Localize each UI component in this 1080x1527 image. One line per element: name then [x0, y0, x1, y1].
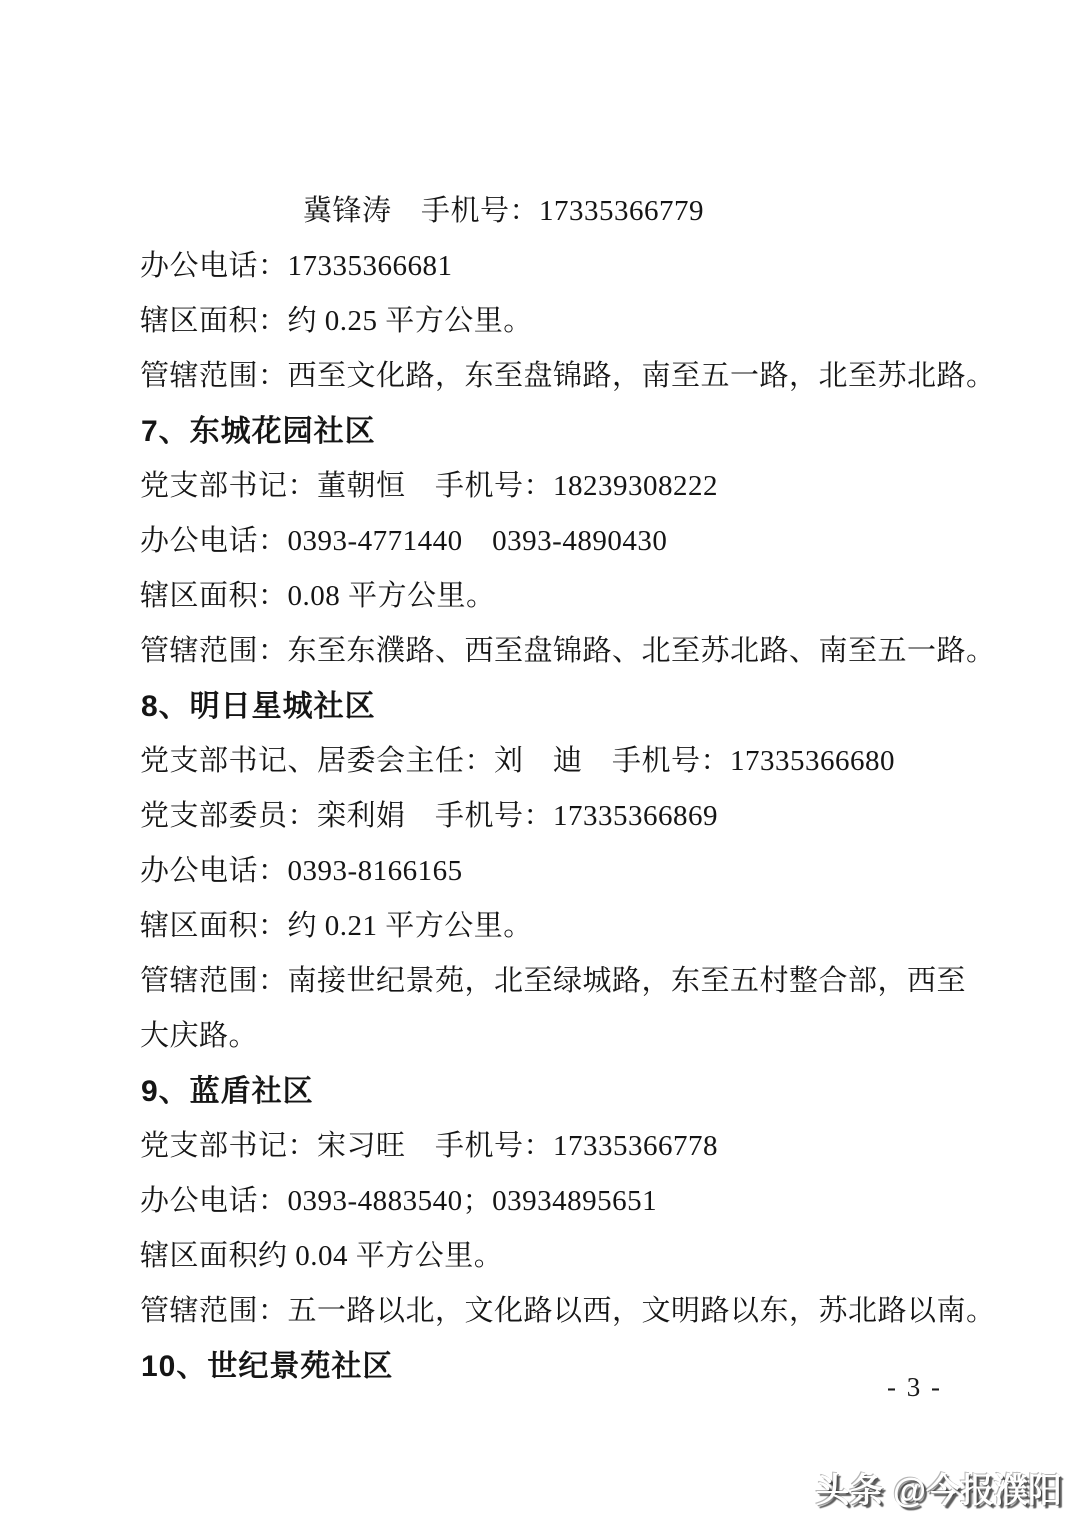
- doc-line-committee-member: 党支部委员：栾利娟 手机号：17335366869: [0, 789, 1080, 844]
- section-heading-8: 8、明日星城社区: [0, 679, 1080, 734]
- doc-line-boundary-continuation: 大庆路。: [0, 1009, 1080, 1064]
- doc-line-boundary: 管辖范围：东至东濮路、西至盘锦路、北至苏北路、南至五一路。: [0, 624, 1080, 679]
- doc-line-office-phone: 办公电话：0393-4883540；03934895651: [0, 1174, 1080, 1229]
- doc-line-office-phone: 办公电话：0393-8166165: [0, 844, 1080, 899]
- doc-line-office-phone: 办公电话：0393-4771440 0393-4890430: [0, 514, 1080, 569]
- doc-line-secretary: 党支部书记、居委会主任：刘 迪 手机号：17335366680: [0, 734, 1080, 789]
- doc-line-area: 辖区面积：约 0.21 平方公里。: [0, 899, 1080, 954]
- doc-line-contact-continuation: 冀锋涛 手机号：17335366779: [0, 184, 1080, 239]
- document-page: 冀锋涛 手机号：17335366779 办公电话：17335366681 辖区面…: [0, 0, 1080, 1527]
- doc-line-area: 辖区面积：约 0.25 平方公里。: [0, 294, 1080, 349]
- section-heading-7: 7、东城花园社区: [0, 404, 1080, 459]
- section-heading-9: 9、蓝盾社区: [0, 1064, 1080, 1119]
- doc-line-area: 辖区面积：0.08 平方公里。: [0, 569, 1080, 624]
- doc-line-office-phone: 办公电话：17335366681: [0, 239, 1080, 294]
- doc-line-boundary: 管辖范围：西至文化路，东至盘锦路，南至五一路，北至苏北路。: [0, 349, 1080, 404]
- doc-line-area: 辖区面积约 0.04 平方公里。: [0, 1229, 1080, 1284]
- doc-line-boundary: 管辖范围：南接世纪景苑，北至绿城路，东至五村整合部，西至: [0, 954, 1080, 1009]
- page-number: - 3 -: [887, 1372, 942, 1403]
- doc-line-boundary: 管辖范围：五一路以北，文化路以西，文明路以东，苏北路以南。: [0, 1284, 1080, 1339]
- doc-line-secretary: 党支部书记：董朝恒 手机号：18239308222: [0, 459, 1080, 514]
- document-body: 冀锋涛 手机号：17335366779 办公电话：17335366681 辖区面…: [0, 184, 1080, 1394]
- toutiao-watermark: 头条 @今报濮阳: [815, 1463, 1062, 1512]
- doc-line-secretary: 党支部书记：宋习旺 手机号：17335366778: [0, 1119, 1080, 1174]
